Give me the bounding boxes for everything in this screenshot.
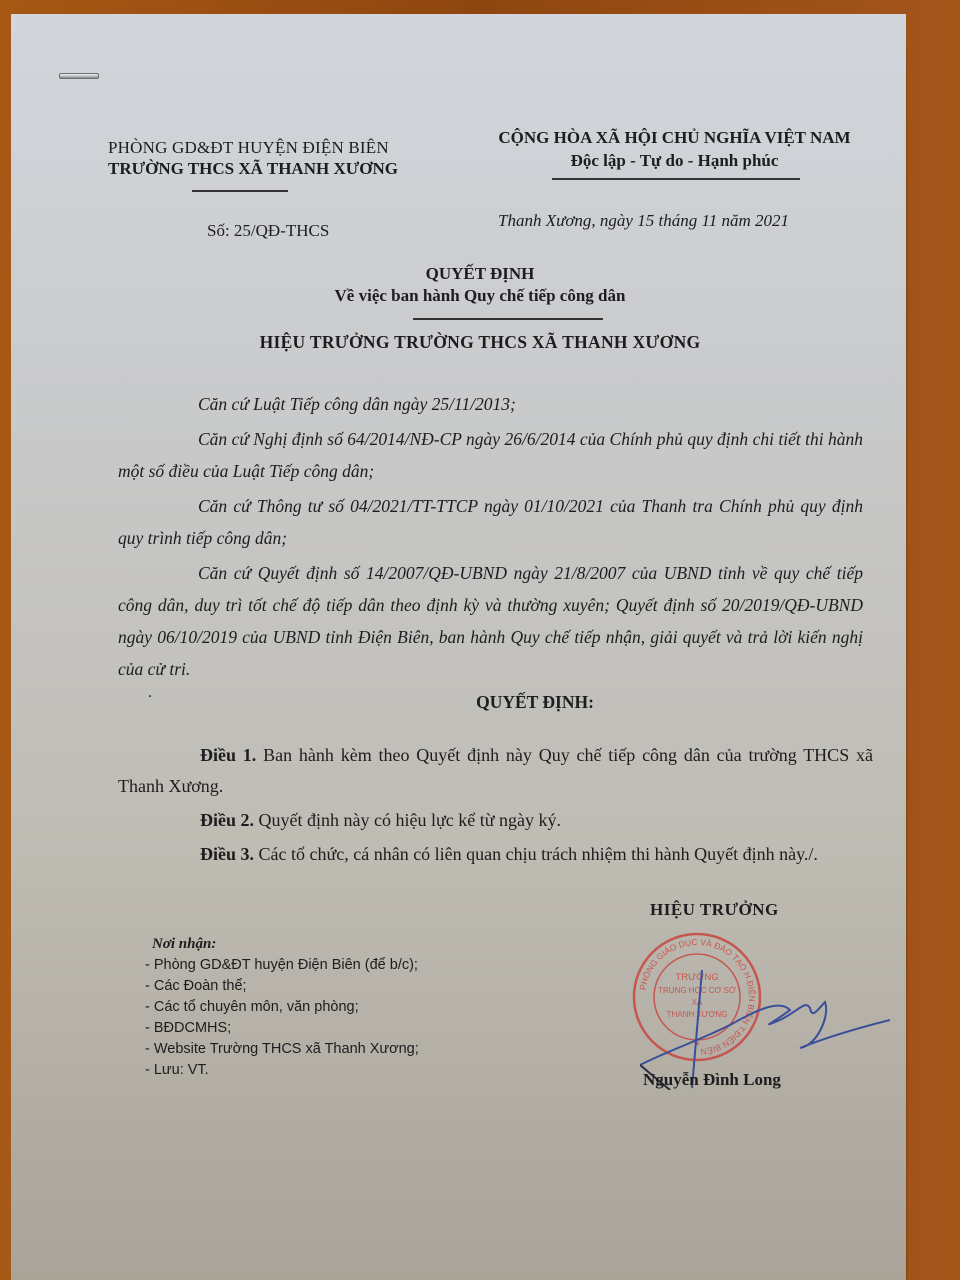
recipient-item: - Phòng GD&ĐT huyện Điện Biên (để b/c); xyxy=(145,955,419,976)
recipients-heading: Nơi nhận: xyxy=(152,934,419,955)
decision-heading: QUYẾT ĐỊNH: xyxy=(0,692,960,713)
article-text: Các tổ chức, cá nhân có liên quan chịu t… xyxy=(254,844,818,864)
legal-basis-item: Căn cứ Thông tư số 04/2021/TT-TTCP ngày … xyxy=(118,490,863,554)
national-motto: Độc lập - Tự do - Hạnh phúc xyxy=(477,151,872,171)
document-title: QUYẾT ĐỊNH xyxy=(0,264,960,284)
recipient-item: - Lưu: VT. xyxy=(145,1060,419,1081)
article-2: Điều 2. Quyết định này có hiệu lực kể từ… xyxy=(118,805,873,836)
recipient-item: - BĐDCMHS; xyxy=(145,1018,419,1039)
subject-underline xyxy=(413,318,603,320)
recipient-item: - Các Đoàn thể; xyxy=(145,976,419,997)
article-label: Điều 3. xyxy=(200,844,254,864)
document-subject: Về việc ban hành Quy chế tiếp công dân xyxy=(0,286,960,306)
article-label: Điều 2. xyxy=(200,810,254,830)
recipient-item: - Website Trường THCS xã Thanh Xương; xyxy=(145,1039,419,1060)
legal-basis-item: Căn cứ Quyết định số 14/2007/QĐ-UBND ngà… xyxy=(118,557,863,685)
national-heading: CỘNG HÒA XÃ HỘI CHỦ NGHĨA VIỆT NAM Độc l… xyxy=(477,128,872,171)
legal-basis-item: Căn cứ Luật Tiếp công dân ngày 25/11/201… xyxy=(118,388,863,420)
recipients-list: Nơi nhận: - Phòng GD&ĐT huyện Điện Biên … xyxy=(145,934,419,1081)
articles: Điều 1. Ban hành kèm theo Quyết định này… xyxy=(118,740,873,873)
article-text: Quyết định này có hiệu lực kể từ ngày ký… xyxy=(254,810,561,830)
nation-name: CỘNG HÒA XÃ HỘI CHỦ NGHĨA VIỆT NAM xyxy=(477,128,872,148)
school-underline xyxy=(192,190,288,192)
staple xyxy=(59,73,99,79)
issuing-organization: PHÒNG GD&ĐT HUYỆN ĐIỆN BIÊN TRƯỜNG THCS … xyxy=(108,138,398,179)
legal-basis-item: Căn cứ Nghị định số 64/2014/NĐ-CP ngày 2… xyxy=(118,423,863,487)
article-3: Điều 3. Các tổ chức, cá nhân có liên qua… xyxy=(118,839,873,870)
article-1: Điều 1. Ban hành kèm theo Quyết định này… xyxy=(118,740,873,802)
department-name: PHÒNG GD&ĐT HUYỆN ĐIỆN BIÊN xyxy=(108,138,398,158)
issuing-authority: HIỆU TRƯỞNG TRƯỜNG THCS XÃ THANH XƯƠNG xyxy=(0,332,960,353)
signer-name: Nguyễn Đình Long xyxy=(643,1070,781,1090)
article-label: Điều 1. xyxy=(200,745,256,765)
motto-underline xyxy=(552,178,800,180)
legal-basis: Căn cứ Luật Tiếp công dân ngày 25/11/201… xyxy=(118,388,863,685)
document-number: Số: 25/QĐ-THCS xyxy=(207,221,329,241)
recipient-item: - Các tổ chuyên môn, văn phòng; xyxy=(145,997,419,1018)
school-name: TRƯỜNG THCS XÃ THANH XƯƠNG xyxy=(108,159,398,179)
place-and-date: Thanh Xương, ngày 15 tháng 11 năm 2021 xyxy=(498,211,789,231)
signer-title: HIỆU TRƯỞNG xyxy=(650,900,779,920)
